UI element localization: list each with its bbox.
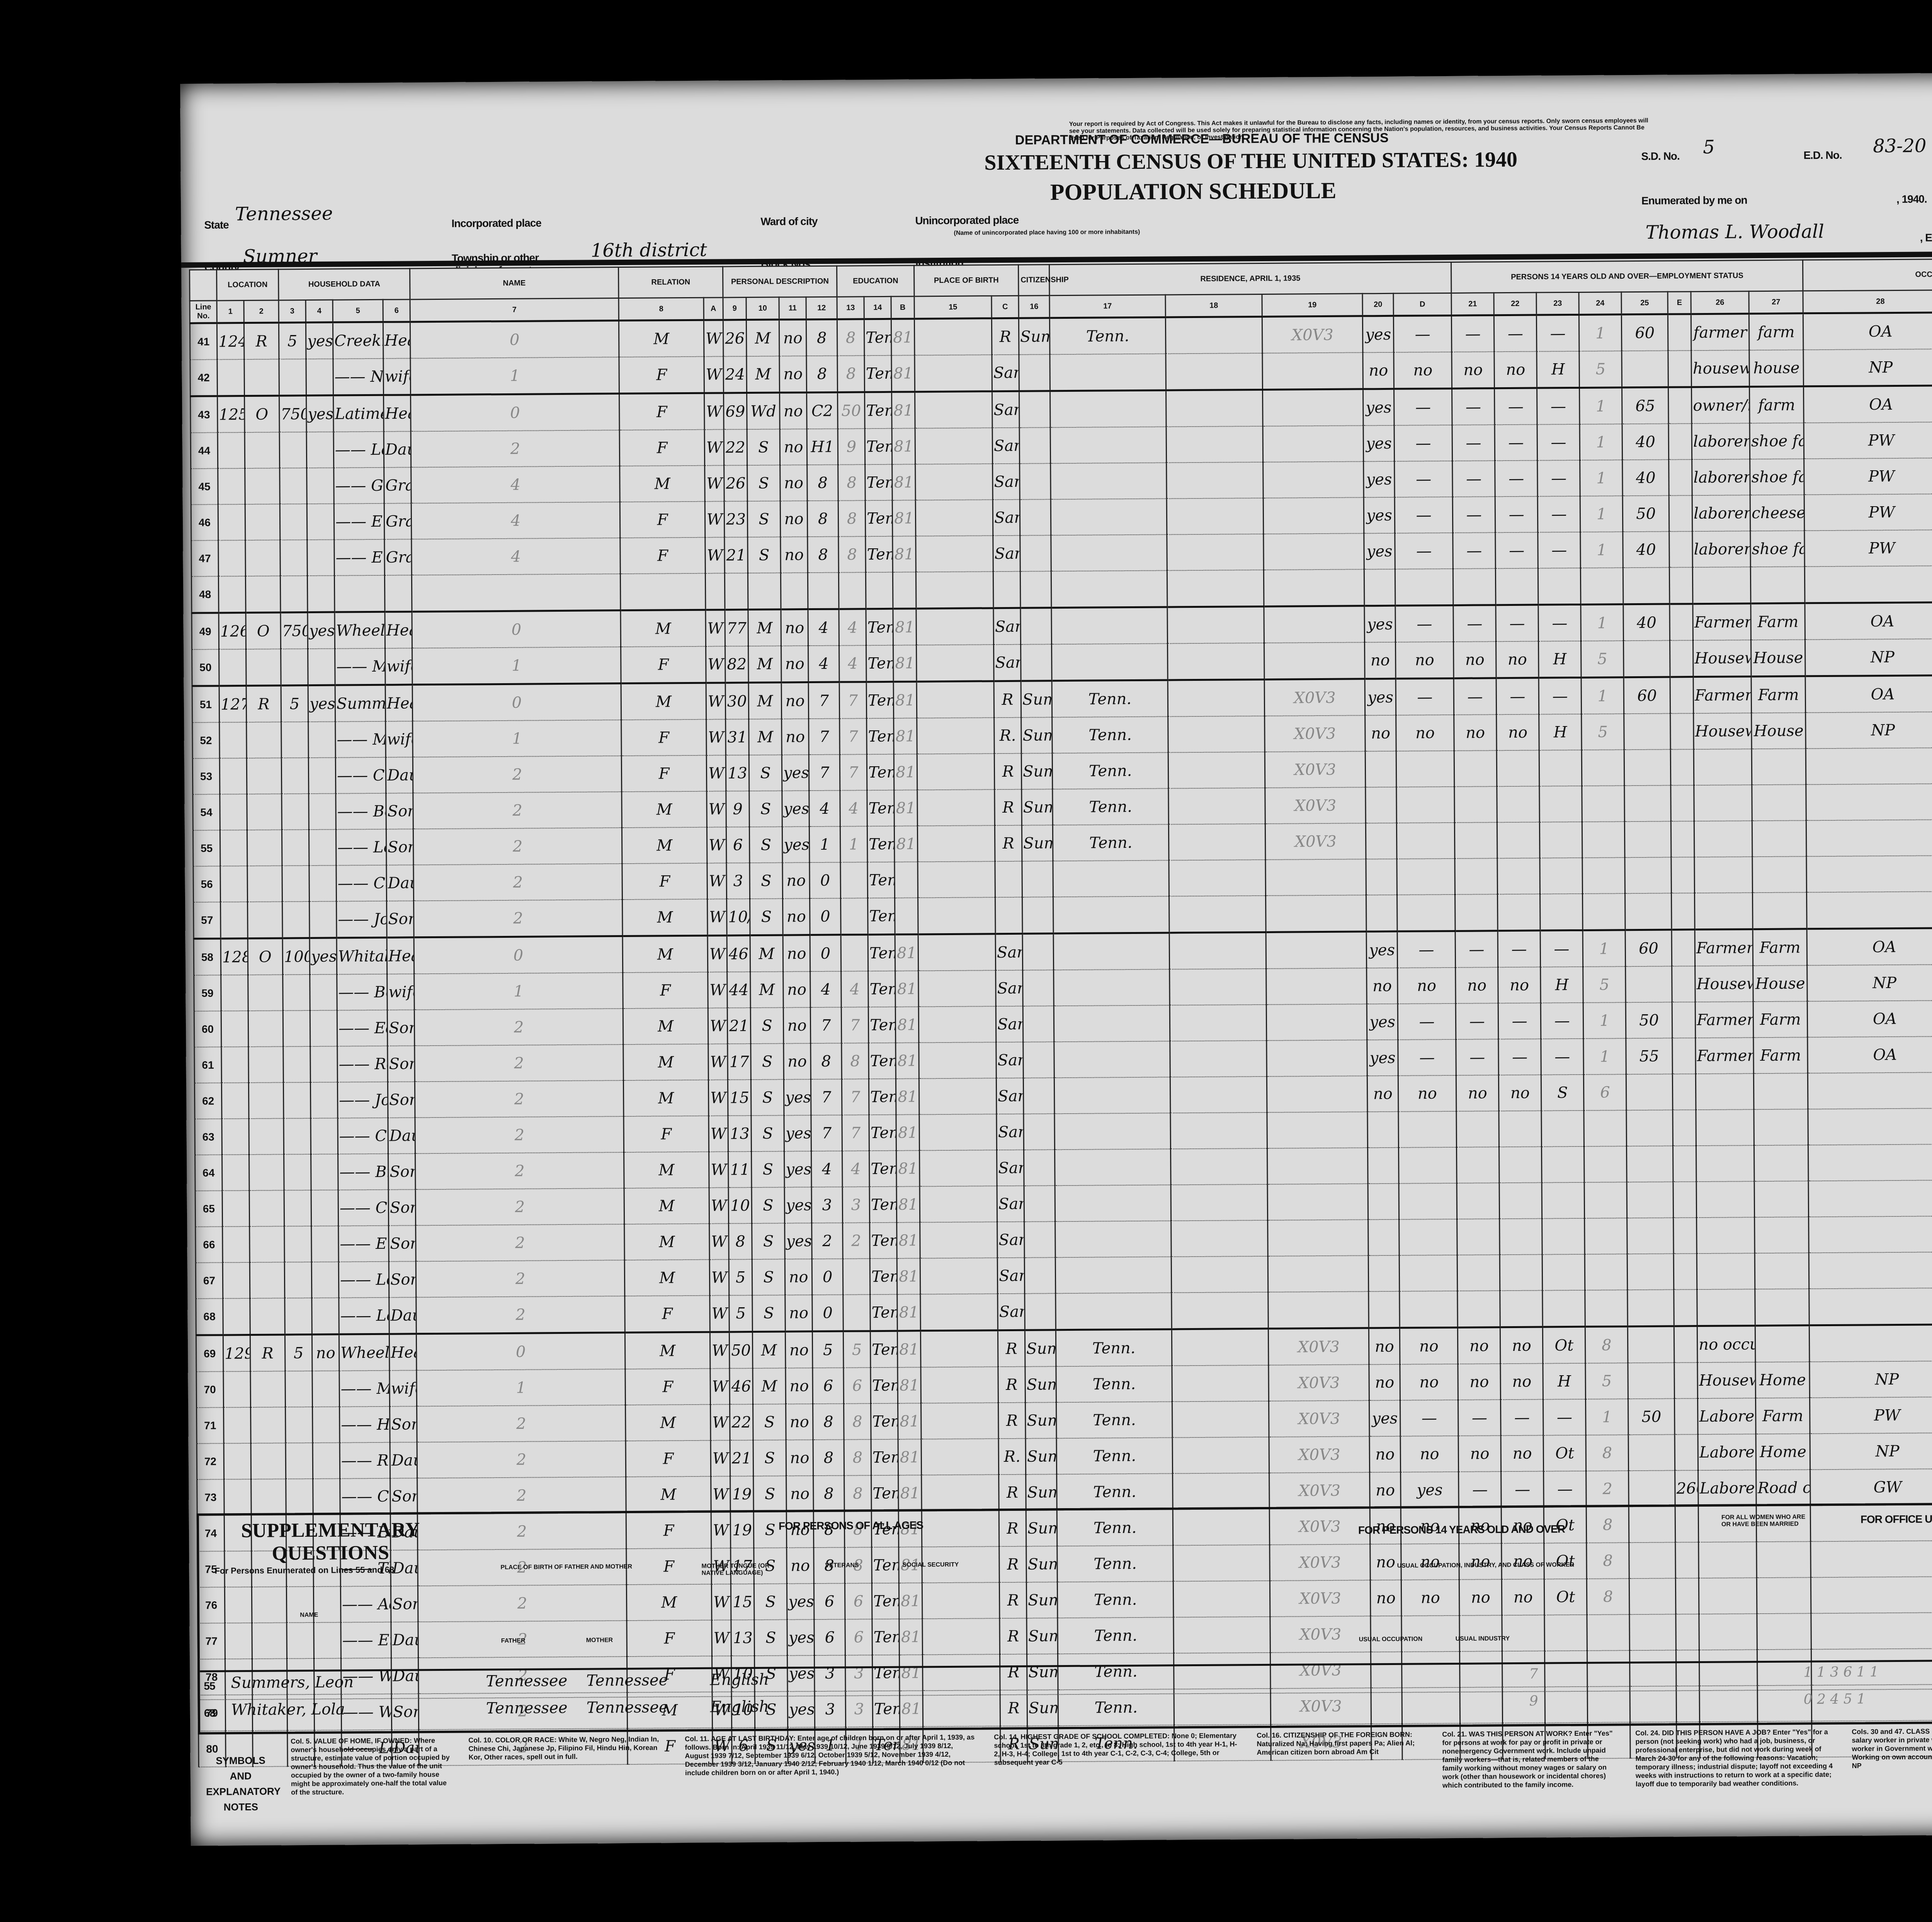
code-c: 81 bbox=[898, 1475, 922, 1511]
highest-grade: 8 bbox=[806, 319, 837, 356]
citizenship bbox=[916, 608, 994, 645]
dwelling-number: 127 bbox=[219, 686, 247, 723]
race: W bbox=[707, 899, 727, 935]
had-job: — bbox=[1494, 315, 1537, 352]
school-attendance: no bbox=[786, 1476, 814, 1512]
public-emergency-work: no bbox=[1400, 1436, 1459, 1472]
race: W bbox=[705, 465, 724, 501]
state-label: State bbox=[204, 219, 229, 231]
code-b bbox=[838, 572, 866, 609]
person-name: —— Nettie (X) bbox=[333, 359, 384, 395]
column-number: 8 bbox=[619, 298, 704, 320]
citizenship bbox=[917, 789, 995, 826]
residence-county: Sumner bbox=[1021, 717, 1053, 753]
code-c: 81 bbox=[892, 428, 915, 464]
activity-code: H bbox=[1539, 641, 1582, 678]
activity-code bbox=[1542, 1182, 1585, 1219]
age bbox=[724, 573, 748, 610]
at-work bbox=[1367, 1112, 1399, 1148]
industry: Farm bbox=[1753, 1001, 1808, 1038]
residence-county bbox=[1024, 1114, 1055, 1150]
had-job bbox=[1499, 1183, 1542, 1219]
race: W bbox=[708, 1044, 728, 1080]
sex: M bbox=[626, 1476, 711, 1513]
farm-residence: no bbox=[312, 1334, 339, 1371]
office-use-label: FOR OFFICE USE ONLY—DO NOT WRITE IN THES… bbox=[1861, 1512, 1932, 1526]
birthplace: Tenn. bbox=[865, 464, 893, 500]
birthplace: Tenn. bbox=[867, 754, 894, 790]
code-d: X0V3 bbox=[1264, 679, 1365, 716]
code-a: 0 bbox=[412, 611, 621, 648]
women-label: FOR ALL WOMEN WHO ARE OR HAVE BEEN MARRI… bbox=[1721, 1514, 1814, 1528]
at-work: no bbox=[1367, 968, 1398, 1004]
highest-grade: 7 bbox=[808, 682, 840, 719]
seeking-work: — bbox=[1456, 1003, 1498, 1039]
code-c: 81 bbox=[893, 645, 917, 682]
marital-status: S bbox=[750, 863, 783, 899]
supp-code-j: 7 bbox=[1529, 1666, 1538, 1682]
age: 15 bbox=[728, 1080, 751, 1116]
seeking-work: no bbox=[1458, 1327, 1501, 1364]
residence-state: Tenn. bbox=[1049, 317, 1166, 354]
seeking-work: — bbox=[1456, 1039, 1499, 1075]
sex: M bbox=[623, 1080, 709, 1116]
residence-farm bbox=[1169, 932, 1266, 969]
at-work: no bbox=[1365, 642, 1396, 679]
person-name: —— Joe Rex bbox=[337, 901, 387, 938]
residence-farm bbox=[1172, 1328, 1269, 1366]
column-number: 13 bbox=[837, 297, 864, 319]
class-of-worker: OA bbox=[1805, 602, 1932, 640]
supp-line-no: 55 bbox=[204, 1680, 215, 1692]
birthplace bbox=[866, 572, 893, 609]
code-d: X0V3 bbox=[1265, 751, 1366, 788]
sex: F bbox=[620, 502, 705, 538]
home-value bbox=[281, 722, 309, 758]
code-a: 2 bbox=[414, 1009, 623, 1046]
person-name: Summers, Raleigh bbox=[335, 685, 386, 721]
residence-state: Tenn. bbox=[1056, 1437, 1173, 1474]
code-d bbox=[1264, 606, 1365, 643]
weeks-unemployed bbox=[1672, 1002, 1696, 1038]
school-attendance: no bbox=[786, 1368, 813, 1404]
residence-county bbox=[1024, 1150, 1055, 1186]
code-c: 81 bbox=[891, 319, 915, 355]
code-a: 2 bbox=[415, 1188, 624, 1225]
activity-code: — bbox=[1539, 677, 1582, 714]
dwelling-number bbox=[224, 1479, 252, 1515]
column-number: 19 bbox=[1262, 294, 1362, 317]
residence-city: Same house bbox=[992, 391, 1020, 428]
code-c: 81 bbox=[894, 754, 917, 790]
marital-status: S bbox=[752, 1187, 785, 1224]
residence-city: Same house bbox=[993, 500, 1020, 536]
school-attendance: yes bbox=[785, 1223, 812, 1259]
residence-state: Tenn. bbox=[1053, 824, 1169, 861]
at-work bbox=[1368, 1255, 1400, 1291]
code-c: 81 bbox=[894, 790, 918, 826]
relationship: wife bbox=[383, 358, 411, 395]
residence-county bbox=[1025, 1293, 1056, 1330]
residence-farm bbox=[1167, 534, 1264, 571]
activity-code: Ot bbox=[1543, 1435, 1586, 1471]
residence-county: Sumner bbox=[1026, 1402, 1057, 1438]
activity-code: — bbox=[1537, 388, 1580, 424]
line-number: 52 bbox=[192, 722, 220, 758]
group-relation: RELATION bbox=[619, 267, 723, 298]
farm-residence bbox=[313, 1443, 340, 1479]
hours-worked bbox=[1626, 1074, 1673, 1110]
weeks-unemployed bbox=[1669, 459, 1692, 495]
age: 46 bbox=[727, 935, 750, 972]
code-e: 1 bbox=[1580, 532, 1623, 568]
weeks-unemployed bbox=[1673, 1254, 1697, 1289]
code-a: 2 bbox=[413, 864, 622, 901]
birthplace: Tenn. bbox=[866, 682, 894, 718]
class-of-worker: NP bbox=[1805, 639, 1932, 676]
dwelling-number bbox=[219, 758, 247, 794]
at-work bbox=[1365, 751, 1396, 787]
supplementary-section: SUPPLEMENTARY QUESTIONS For Persons Enum… bbox=[197, 1500, 1932, 1734]
residence-county: Sumner bbox=[1026, 1438, 1057, 1474]
residence-city: Same house bbox=[993, 464, 1020, 500]
enumerator-label: , Enumerator. bbox=[1920, 231, 1932, 244]
code-a: 2 bbox=[415, 1044, 624, 1082]
code-c: 81 bbox=[893, 609, 917, 645]
farm-residence bbox=[307, 504, 334, 540]
seeking-work: — bbox=[1452, 497, 1495, 533]
residence-farm bbox=[1168, 752, 1265, 789]
line-number: 72 bbox=[197, 1443, 224, 1479]
industry bbox=[1750, 566, 1805, 603]
line-number: 56 bbox=[193, 866, 221, 902]
sex: M bbox=[622, 791, 707, 828]
marital-status: Wd bbox=[747, 393, 780, 429]
age: 17 bbox=[728, 1044, 751, 1080]
highest-grade: 8 bbox=[813, 1476, 845, 1512]
dwelling-number bbox=[222, 1155, 250, 1191]
code-d bbox=[1266, 1004, 1367, 1041]
hours-worked bbox=[1626, 966, 1672, 1002]
birthplace: Tenn. bbox=[866, 536, 893, 572]
person-name: Whitaker, Jordan (X) bbox=[337, 937, 387, 974]
column-number: 1 bbox=[217, 301, 244, 323]
weeks-unemployed bbox=[1675, 1398, 1698, 1434]
code-e: 5 bbox=[1585, 1363, 1628, 1399]
age: 77 bbox=[725, 610, 748, 646]
dwelling-number bbox=[222, 1119, 249, 1155]
at-work bbox=[1368, 1148, 1399, 1184]
occupation bbox=[1694, 785, 1752, 821]
residence-city: Same house bbox=[996, 1042, 1024, 1078]
person-name: —— Leota bbox=[333, 432, 384, 468]
public-emergency-work bbox=[1396, 823, 1455, 859]
weeks-unemployed bbox=[1673, 1218, 1697, 1254]
highest-grade bbox=[808, 573, 839, 609]
citizenship bbox=[918, 897, 996, 934]
activity-code: — bbox=[1538, 604, 1581, 641]
farm-residence bbox=[308, 758, 336, 794]
residence-farm bbox=[1167, 462, 1264, 499]
birthplace: Tenn. bbox=[867, 826, 895, 862]
school-attendance: no bbox=[780, 465, 808, 501]
mother-header: MOTHER bbox=[586, 1637, 613, 1644]
home-tenure bbox=[246, 649, 281, 685]
residence-city bbox=[995, 861, 1022, 897]
birthplace: Tenn. bbox=[865, 429, 892, 464]
line-number: 68 bbox=[196, 1298, 223, 1335]
highest-grade: 0 bbox=[810, 935, 841, 971]
hours-worked: 40 bbox=[1623, 604, 1670, 641]
weeks-unemployed bbox=[1669, 567, 1693, 604]
residence-farm bbox=[1170, 1041, 1267, 1077]
public-emergency-work: no bbox=[1394, 352, 1452, 389]
age: 69 bbox=[724, 393, 747, 430]
residence-farm bbox=[1165, 316, 1262, 354]
residence-city: R bbox=[999, 1475, 1026, 1510]
code-a: 2 bbox=[413, 792, 622, 829]
home-tenure bbox=[244, 359, 279, 396]
hours-worked bbox=[1623, 568, 1670, 604]
occupation: laborer bbox=[1692, 495, 1750, 531]
code-b: 4 bbox=[840, 790, 867, 826]
birthplace: Tenn. bbox=[870, 1294, 898, 1331]
hours-worked: 65 bbox=[1622, 387, 1669, 424]
had-job: no bbox=[1494, 352, 1537, 388]
code-d bbox=[1267, 1148, 1368, 1184]
public-emergency-work: no bbox=[1398, 1075, 1456, 1112]
ed-label: E.D. No. bbox=[1803, 149, 1842, 162]
residence-county bbox=[1020, 463, 1051, 499]
weeks-unemployed bbox=[1672, 930, 1695, 966]
citizenship bbox=[918, 861, 995, 898]
code-a: 0 bbox=[414, 936, 623, 974]
dwelling-number bbox=[220, 794, 247, 830]
dwelling-number bbox=[223, 1371, 251, 1407]
age: 22 bbox=[730, 1404, 753, 1440]
had-job bbox=[1497, 822, 1540, 859]
person-name: —— Leon bbox=[336, 829, 386, 866]
code-b: 7 bbox=[839, 682, 867, 719]
home-tenure bbox=[245, 468, 280, 504]
home-tenure bbox=[248, 901, 283, 938]
code-d bbox=[1268, 1220, 1369, 1256]
code-c: 81 bbox=[895, 971, 919, 1007]
home-tenure bbox=[245, 504, 280, 540]
residence-farm bbox=[1170, 1112, 1267, 1149]
code-e: 8 bbox=[1586, 1435, 1629, 1471]
sex: F bbox=[619, 430, 705, 466]
at-work: yes bbox=[1363, 389, 1395, 425]
class-of-worker: NP bbox=[1803, 349, 1932, 386]
home-value bbox=[286, 1479, 313, 1515]
home-tenure bbox=[247, 830, 282, 866]
dwelling-number bbox=[221, 975, 248, 1011]
code-b: 8 bbox=[844, 1439, 871, 1475]
person-name: —— Robert H. bbox=[337, 1046, 388, 1082]
had-job: no bbox=[1501, 1436, 1544, 1472]
line-number: 69 bbox=[196, 1335, 223, 1372]
occupation bbox=[1695, 893, 1753, 929]
birthplace: Tenn. bbox=[871, 1439, 898, 1475]
code-c: 81 bbox=[893, 536, 916, 572]
person-name: —— Gomer bbox=[334, 468, 384, 504]
line-number: 64 bbox=[195, 1155, 223, 1191]
farm-residence bbox=[312, 1371, 340, 1407]
residence-county: Sumner bbox=[1019, 318, 1050, 355]
residence-state bbox=[1054, 969, 1170, 1006]
weeks-unemployed bbox=[1669, 495, 1692, 531]
column-number: 12 bbox=[806, 297, 837, 319]
had-job bbox=[1500, 1219, 1543, 1255]
supp-name: Whitaker, Lola bbox=[231, 1700, 345, 1719]
code-d bbox=[1263, 461, 1364, 498]
note-col10: Col. 10. COLOR OR RACE: White W, Negro N… bbox=[468, 1735, 669, 1761]
home-tenure bbox=[248, 975, 283, 1011]
school-attendance: no bbox=[786, 1404, 813, 1440]
dwelling-number: 125 bbox=[218, 396, 245, 433]
residence-state bbox=[1056, 1293, 1172, 1330]
class-of-worker bbox=[1806, 784, 1932, 820]
highest-grade: 0 bbox=[812, 1259, 843, 1295]
had-job: — bbox=[1495, 425, 1537, 461]
sex: M bbox=[626, 1405, 711, 1441]
code-a: 1 bbox=[412, 647, 621, 685]
home-tenure bbox=[245, 432, 280, 468]
farm-residence bbox=[310, 1046, 338, 1082]
had-job: no bbox=[1496, 641, 1539, 678]
code-b: 8 bbox=[842, 1043, 869, 1079]
supp-mother-tongue: English bbox=[710, 1698, 769, 1716]
highest-grade: 4 bbox=[808, 609, 839, 646]
activity-code: H bbox=[1539, 714, 1582, 750]
code-c bbox=[895, 898, 918, 934]
code-e bbox=[1582, 822, 1625, 858]
citizenship bbox=[921, 1439, 999, 1475]
at-work: yes bbox=[1367, 1040, 1398, 1076]
seeking-work: — bbox=[1452, 388, 1495, 425]
highest-grade: C2 bbox=[807, 392, 838, 429]
industry bbox=[1755, 1253, 1809, 1289]
residence-county: Sumner bbox=[1022, 825, 1053, 861]
marital-status: S bbox=[753, 1476, 787, 1512]
highest-grade: 0 bbox=[810, 898, 841, 935]
home-value: 750 bbox=[279, 396, 307, 432]
public-emergency-work bbox=[1399, 1183, 1457, 1220]
line-number: 57 bbox=[194, 902, 221, 939]
school-attendance: no bbox=[783, 898, 810, 935]
code-b: 7 bbox=[840, 718, 867, 754]
age: 10 bbox=[728, 1187, 752, 1223]
public-emergency-work: no bbox=[1398, 968, 1456, 1004]
residence-city: R bbox=[994, 681, 1021, 718]
code-e bbox=[1582, 857, 1625, 894]
citizenship bbox=[921, 1367, 998, 1403]
at-work bbox=[1366, 823, 1397, 859]
ed-value: 83-20 bbox=[1873, 135, 1927, 157]
home-value bbox=[282, 866, 310, 901]
unincorporated-label: Unincorporated place bbox=[915, 214, 1019, 227]
residence-state: Tenn. bbox=[1056, 1329, 1172, 1366]
seeking-work bbox=[1456, 1111, 1499, 1147]
line-number: 47 bbox=[191, 540, 219, 576]
industry bbox=[1752, 748, 1806, 785]
hours-worked bbox=[1625, 821, 1672, 857]
code-b bbox=[841, 935, 868, 971]
weeks-unemployed bbox=[1671, 785, 1694, 821]
supp-name-header: NAME bbox=[300, 1612, 318, 1619]
seeking-work bbox=[1455, 858, 1498, 895]
public-emergency-work: — bbox=[1395, 533, 1453, 569]
code-c: 81 bbox=[894, 718, 917, 754]
hours-worked: 55 bbox=[1626, 1038, 1673, 1074]
had-job bbox=[1496, 568, 1539, 605]
person-name: —— Cordell bbox=[340, 1478, 391, 1515]
group-occupation: OCCUPATION, INDUSTRY, AND CLASS OF WORKE… bbox=[1803, 257, 1932, 291]
code-c: 81 bbox=[896, 1043, 919, 1078]
residence-city: R bbox=[992, 318, 1019, 355]
code-c: 81 bbox=[895, 934, 918, 971]
weeks-unemployed bbox=[1670, 640, 1694, 677]
column-number: 10 bbox=[746, 297, 779, 320]
code-b: 8 bbox=[837, 355, 865, 392]
residence-state bbox=[1055, 1257, 1172, 1293]
home-value bbox=[279, 432, 307, 468]
farm-residence bbox=[312, 1298, 339, 1335]
column-number: 2 bbox=[244, 300, 279, 323]
residence-county: Sumner bbox=[1021, 753, 1053, 789]
code-e bbox=[1585, 1218, 1628, 1254]
code-c: 81 bbox=[898, 1403, 922, 1439]
had-job: — bbox=[1495, 532, 1538, 569]
code-e: 6 bbox=[1584, 1074, 1627, 1111]
schedule-title: POPULATION SCHEDULE bbox=[1050, 177, 1337, 206]
industry bbox=[1752, 820, 1807, 857]
highest-grade: H1 bbox=[807, 429, 838, 465]
citizenship bbox=[921, 1403, 999, 1439]
code-c: 81 bbox=[892, 500, 916, 536]
sex: M bbox=[620, 466, 705, 502]
occupation bbox=[1697, 1289, 1755, 1326]
school-attendance: yes bbox=[784, 1079, 811, 1115]
class-of-worker: PW bbox=[1804, 494, 1932, 531]
column-number: 6 bbox=[383, 299, 410, 322]
farm-residence bbox=[307, 576, 335, 612]
hours-worked: 50 bbox=[1622, 496, 1669, 532]
home-value bbox=[281, 758, 309, 794]
had-job: — bbox=[1496, 605, 1539, 641]
hours-worked bbox=[1625, 893, 1672, 930]
at-work: yes bbox=[1367, 1004, 1398, 1040]
dwelling-number: 128 bbox=[221, 938, 248, 975]
weeks-unemployed bbox=[1673, 1182, 1697, 1218]
school-attendance: yes bbox=[784, 1187, 812, 1223]
seeking-work bbox=[1454, 750, 1497, 787]
citizenship bbox=[918, 1006, 996, 1043]
industry: Home bbox=[1756, 1434, 1810, 1470]
residence-county bbox=[1023, 1078, 1054, 1114]
seeking-work: no bbox=[1456, 1075, 1499, 1111]
code-e: 1 bbox=[1580, 496, 1623, 532]
residence-farm bbox=[1168, 679, 1265, 716]
weeks-unemployed bbox=[1675, 1434, 1698, 1470]
code-e: 1 bbox=[1579, 315, 1622, 351]
person-name: —— Homer bbox=[340, 1407, 390, 1443]
sex: M bbox=[622, 935, 708, 973]
race: W bbox=[709, 1187, 729, 1223]
column-number: 24 bbox=[1579, 292, 1621, 315]
farm-residence bbox=[310, 901, 337, 938]
